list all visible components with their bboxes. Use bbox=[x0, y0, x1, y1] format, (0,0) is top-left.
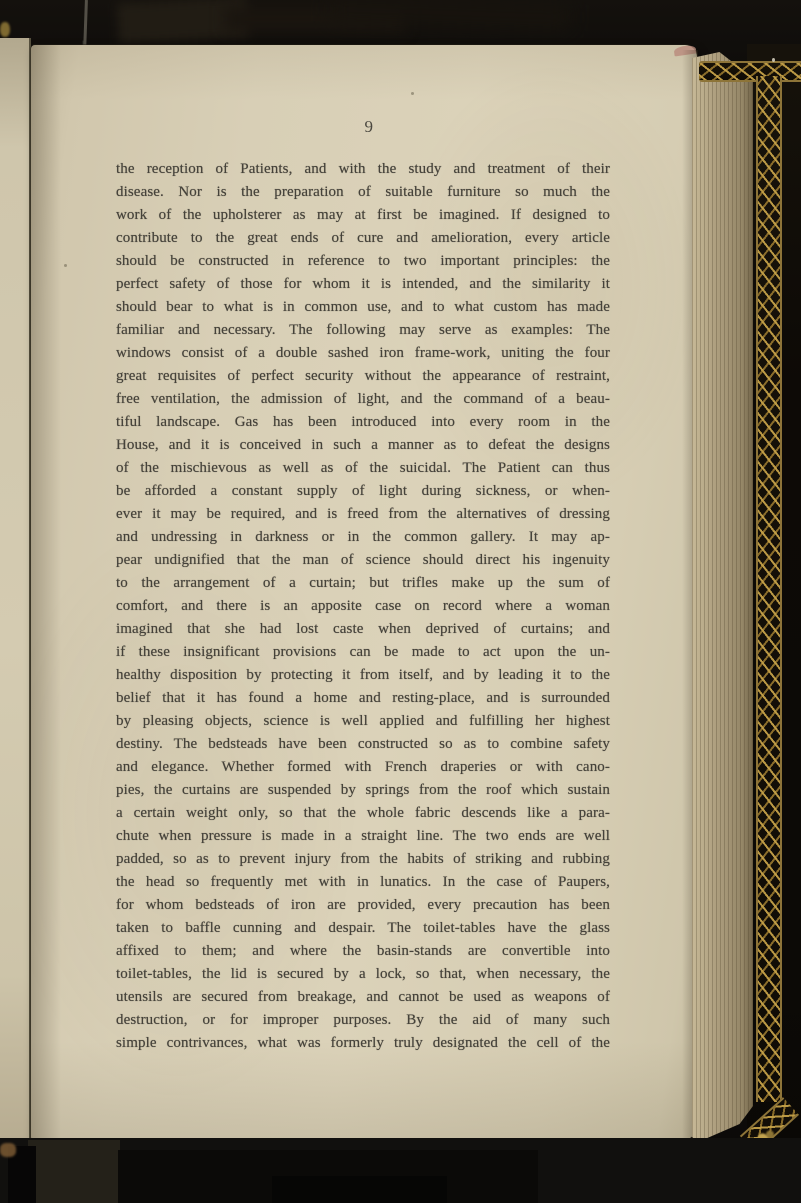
highlight-speck bbox=[772, 58, 775, 62]
book-scan-photo: 9 the reception of Patients, and with th… bbox=[0, 0, 801, 1203]
gilt-border-top bbox=[699, 61, 801, 82]
binding-fleck bbox=[0, 1143, 16, 1157]
fore-edge bbox=[692, 52, 753, 1150]
gilt-border-side bbox=[756, 76, 782, 1102]
page-number: 9 bbox=[116, 117, 610, 137]
paper-speck bbox=[64, 264, 67, 267]
cradle-shadow-inner bbox=[272, 1176, 447, 1203]
facing-page-edge bbox=[0, 38, 31, 1140]
gilt-fleck bbox=[0, 22, 10, 37]
body-text: the reception of Patients, and with the … bbox=[116, 158, 610, 1055]
cradle-edge bbox=[28, 1140, 120, 1203]
paper-speck bbox=[411, 92, 414, 95]
